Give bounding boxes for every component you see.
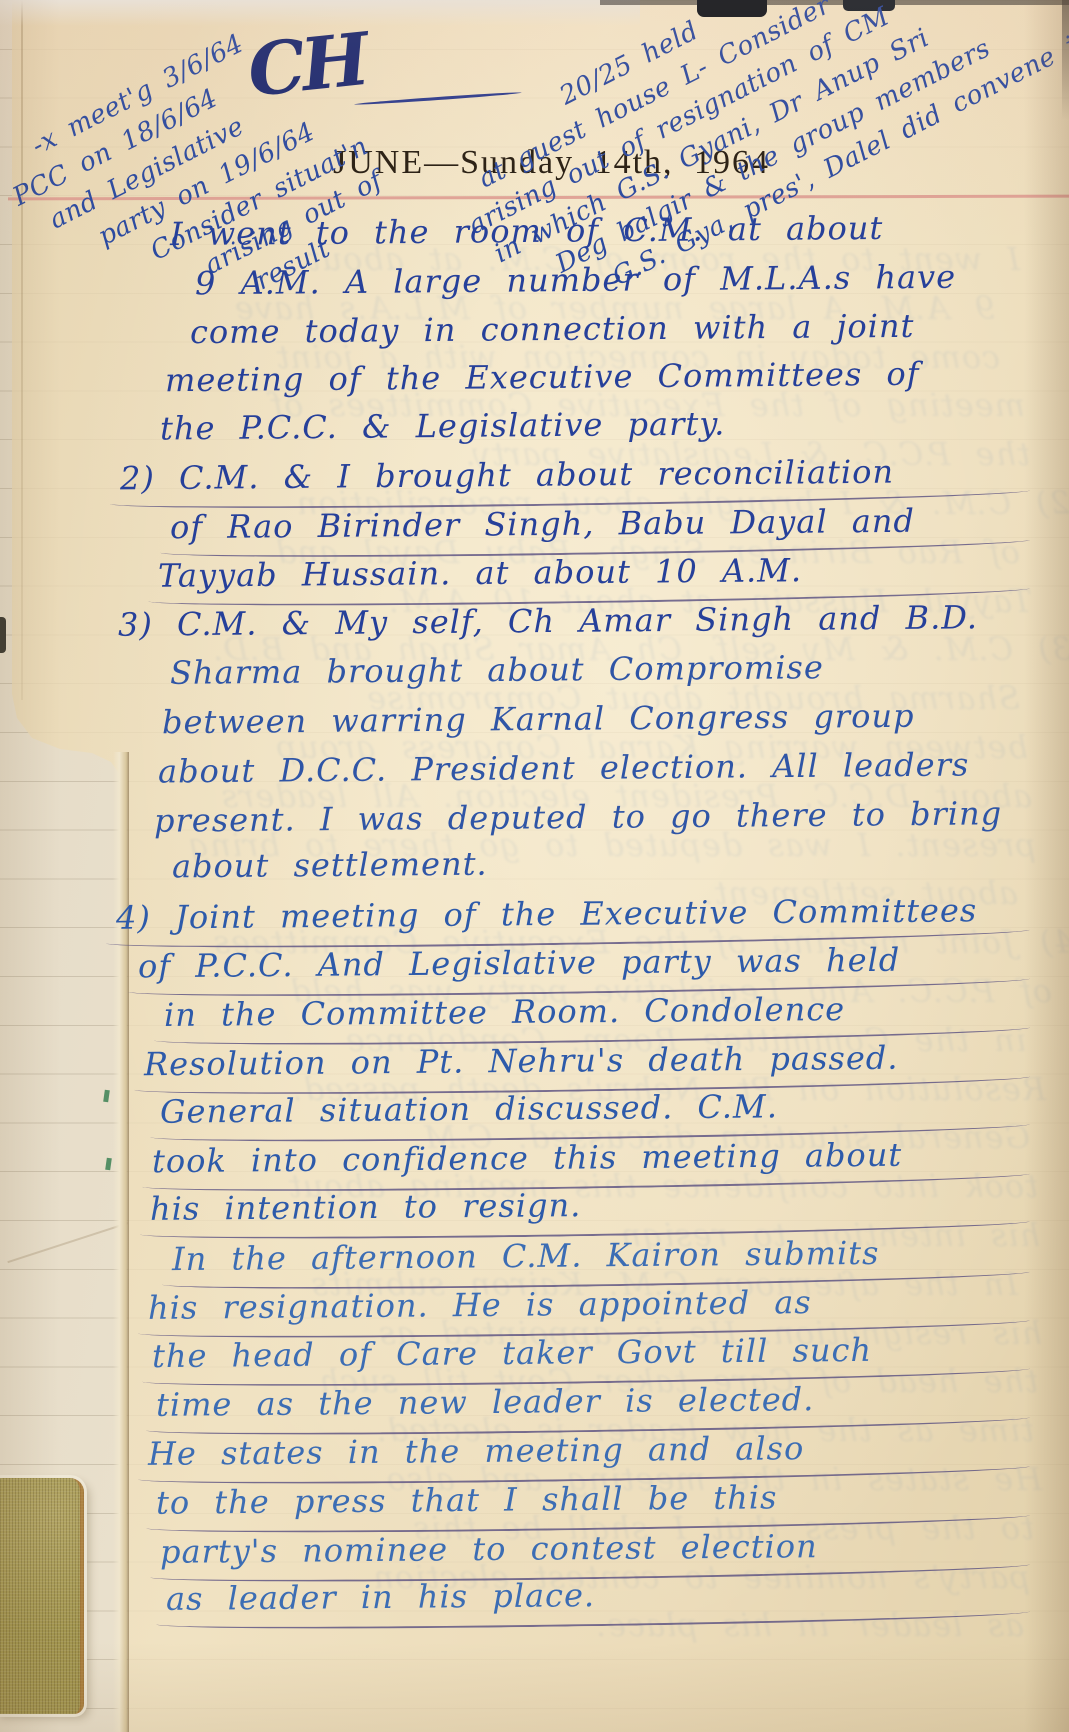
diary-line-29: as leader in his place. [166,1577,595,1619]
diary-line-27: to the press that I shall be this [156,1478,778,1521]
diary-line-11: between warring Karnal Congress group [162,697,915,742]
edge-mark [0,617,6,653]
diary-line-25: time as the new leader is elected. [156,1380,815,1424]
diary-line-2: 9 A.M. A large number of M.L.A.s have [195,257,956,302]
diary-line-12: about D.C.C. President election. All lea… [158,745,970,790]
diary-line-22: In the afternoon C.M. Kairon submits [172,1234,880,1278]
diary-line-4: meeting of the Executive Committees of [165,355,920,400]
page-fold-crease [21,0,23,700]
diary-line-23: his resignation. He is appointed as [148,1283,812,1327]
diary-line-26: He states in the meeting and also [148,1429,805,1473]
diary-line-7: of Rao Birinder Singh, Babu Dayal and [170,502,915,546]
diary-line-21: his intention to resign. [150,1186,582,1228]
diary-line-6: 2) C.M. & I brought about reconciliation [120,453,894,498]
diary-line-14: about settlement. [172,845,488,886]
diary-line-18: Resolution on Pt. Nehru's death passed. [144,1038,899,1083]
diary-line-16: of P.C.C. And Legislative party was held [138,941,901,986]
diary-line-20: took into confidence this meeting about [152,1136,903,1181]
diary-page-scan: JUNE—Sunday 14th, 1964 CH -x meet'g 3/6/… [0,0,1069,1732]
diary-line-9: 3) C.M. & My self, Ch Amar Singh and B.D… [118,599,978,645]
diary-line-3: come today in connection with a joint [190,306,915,350]
diary-line-24: the head of Care taker Govt till such [152,1331,872,1375]
diary-line-5: the P.C.C. & Legislative party. [160,405,726,448]
diary-line-15: 4) Joint meeting of the Executive Commit… [116,891,978,937]
diary-line-8: Tayyab Hussain. at about 10 A.M. [158,551,802,595]
book-cover-cloth-fragment [0,1478,84,1714]
hand-underline [156,1610,1030,1633]
diary-entry: I went to the room of C.M. at about9 A.M… [150,212,1069,1692]
diary-line-1: I went to the room of C.M. at about [170,209,884,253]
diary-line-13: present. I was deputed to go there to br… [154,794,1002,839]
diary-line-28: party's nominee to contest election [160,1527,818,1571]
diary-line-19: General situation discussed. C.M. [160,1088,778,1131]
diary-line-17: in the Committee Room. Condolence [164,990,845,1034]
diary-line-10: Sharma brought about Compromise [170,648,824,692]
